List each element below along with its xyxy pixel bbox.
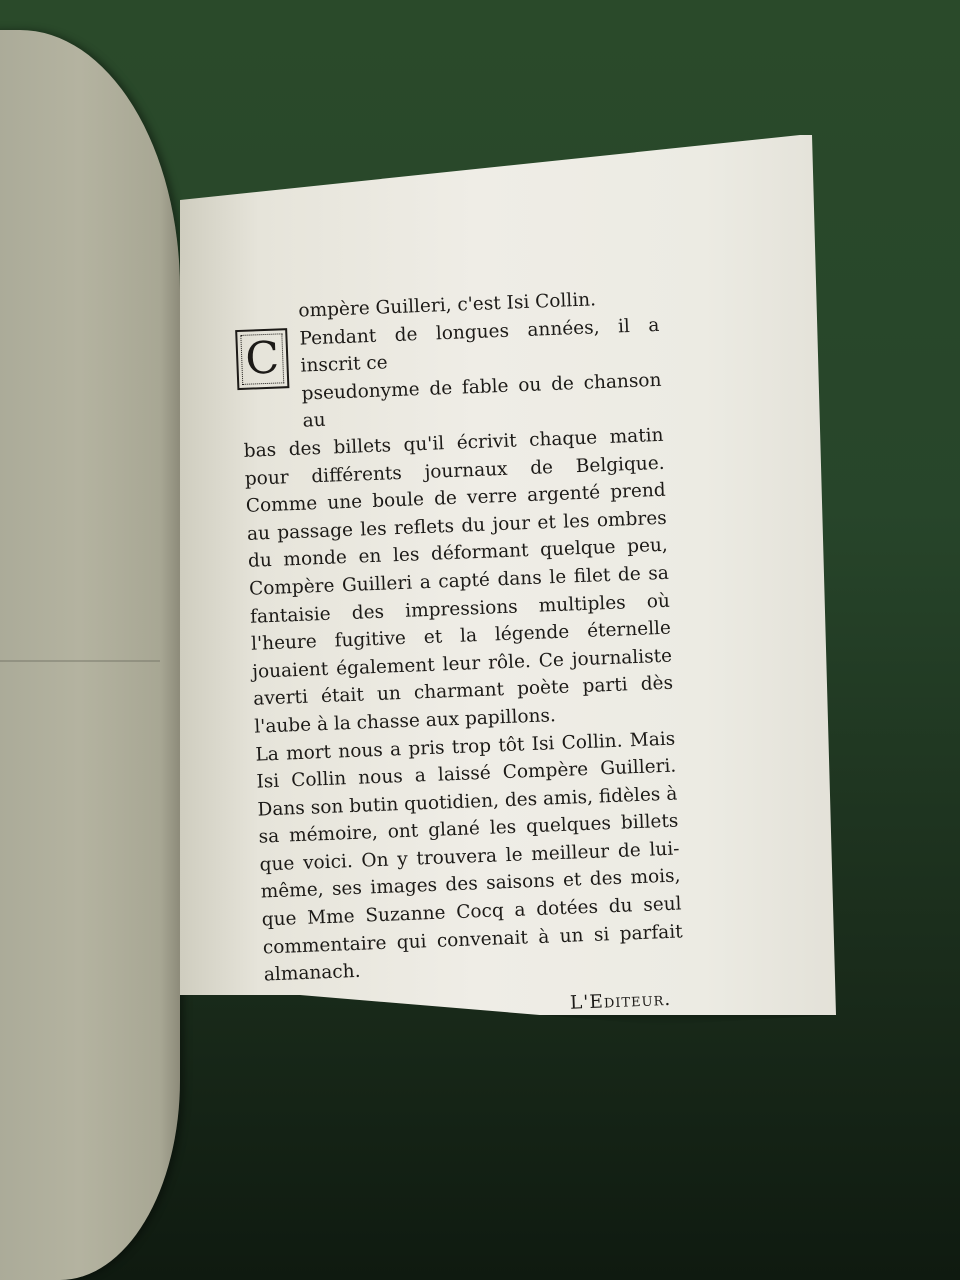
left-page bbox=[0, 30, 180, 1280]
paragraph-1: C ompère Guilleri, c'est Isi Collin. Pen… bbox=[238, 284, 675, 741]
page-crease bbox=[0, 660, 160, 662]
dropcap-letter: C bbox=[235, 328, 289, 390]
signature: L'Editeur. bbox=[265, 986, 672, 1029]
paragraph-1-body: bas des billets qu'il écrivit chaque mat… bbox=[243, 422, 674, 741]
paragraph-2: La mort nous a pris trop tôt Isi Collin.… bbox=[255, 725, 684, 989]
page-text: C ompère Guilleri, c'est Isi Collin. Pen… bbox=[238, 284, 686, 1029]
